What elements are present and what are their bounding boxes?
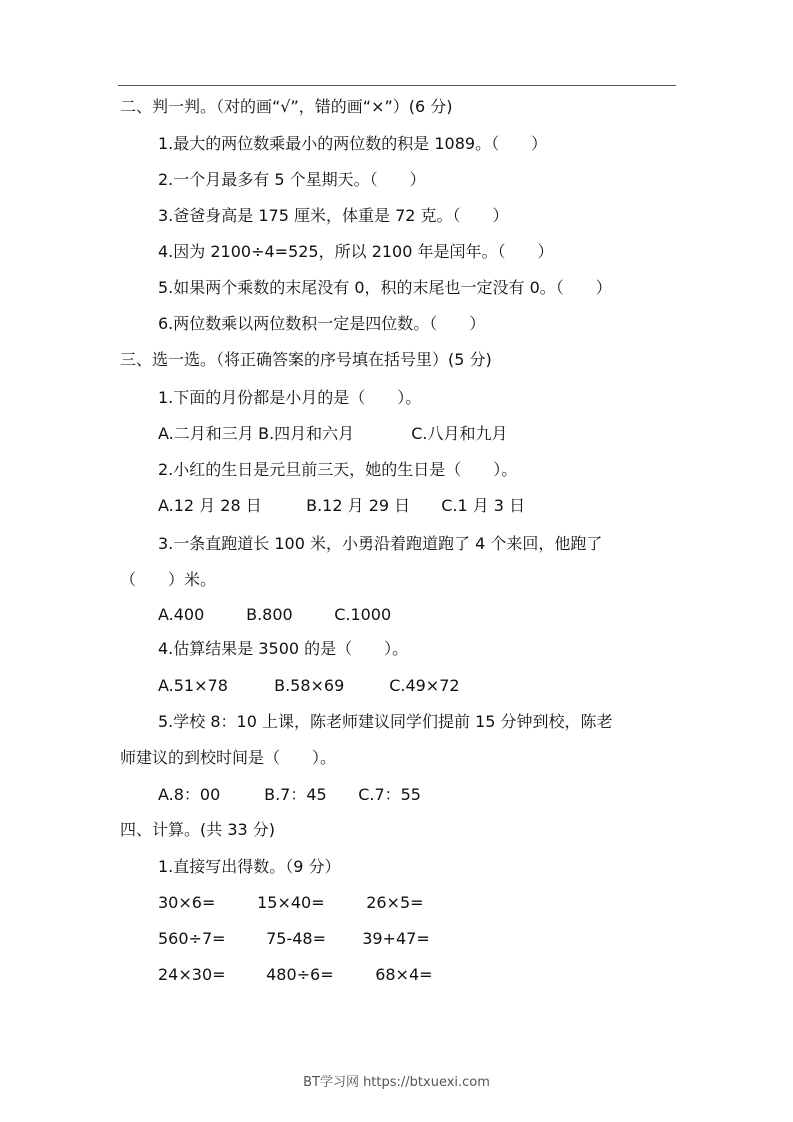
option-a: A.8：00: [158, 785, 259, 805]
section-calc-title: 四、计算。(共 33 分): [120, 820, 275, 840]
section-choose-title: 三、选一选。（将正确答案的序号填在括号里）(5 分): [120, 350, 492, 370]
judge-item-6: 6.两位数乘以两位数积一定是四位数。（ ）: [158, 314, 485, 334]
calc-subtitle: 1.直接写出得数。（9 分）: [158, 857, 341, 877]
choose-q3-options: A.400 B.800 C.1000: [158, 605, 391, 625]
option-b: B.四月和六月: [258, 424, 406, 444]
choose-q2-stem: 2.小红的生日是元旦前三天，她的生日是（ ）。: [158, 460, 517, 480]
calc-cell: 30×6=: [158, 893, 252, 913]
choose-q5-stem-cont: 师建议的到校时间是（ ）。: [120, 748, 336, 768]
calc-cell: 560÷7=: [158, 929, 261, 949]
calc-cell: 26×5=: [366, 893, 423, 913]
option-a: A.51×78: [158, 676, 269, 696]
option-c: C.八月和九月: [411, 424, 507, 444]
calc-row-3: 24×30= 480÷6= 68×4=: [158, 965, 433, 985]
option-c: C.49×72: [389, 676, 459, 696]
judge-item-2: 2.一个月最多有 5 个星期天。（ ）: [158, 170, 426, 190]
option-c: C.1000: [334, 605, 391, 625]
calc-cell: 75-48=: [266, 929, 357, 949]
judge-item-4: 4.因为 2100÷4=525，所以 2100 年是闰年。（ ）: [158, 242, 554, 262]
option-a: A.12 月 28 日: [158, 496, 301, 516]
option-b: B.800: [246, 605, 329, 625]
calc-cell: 480÷6=: [266, 965, 370, 985]
option-b: B.12 月 29 日: [306, 496, 436, 516]
judge-item-3: 3.爸爸身高是 175 厘米，体重是 72 克。（ ）: [158, 206, 509, 226]
calc-cell: 39+47=: [362, 929, 430, 949]
choose-q1-options: A.二月和三月 B.四月和六月 C.八月和九月: [158, 424, 507, 444]
choose-q4-stem: 4.估算结果是 3500 的是（ ）。: [158, 639, 408, 659]
choose-q5-options: A.8：00 B.7：45 C.7：55: [158, 785, 421, 805]
option-c: C.7：55: [358, 785, 421, 805]
judge-item-5: 5.如果两个乘数的末尾没有 0，积的末尾也一定没有 0。（ ）: [158, 278, 612, 298]
choose-q4-options: A.51×78 B.58×69 C.49×72: [158, 676, 460, 696]
section-judge-title: 二、判一判。（对的画“√”，错的画“×”）(6 分): [120, 97, 453, 117]
calc-row-2: 560÷7= 75-48= 39+47=: [158, 929, 430, 949]
judge-item-1: 1.最大的两位数乘最小的两位数的积是 1089。（ ）: [158, 134, 547, 154]
choose-q2-options: A.12 月 28 日 B.12 月 29 日 C.1 月 3 日: [158, 496, 525, 516]
calc-cell: 68×4=: [375, 965, 432, 985]
choose-q3-stem-cont: （ ）米。: [120, 570, 216, 590]
calc-cell: 15×40=: [257, 893, 361, 913]
option-c: C.1 月 3 日: [441, 496, 525, 516]
choose-q3-stem: 3.一条直跑道长 100 米，小勇沿着跑道跑了 4 个来回，他跑了: [158, 534, 602, 554]
calc-cell: 24×30=: [158, 965, 261, 985]
option-a: A.二月和三月: [158, 424, 253, 444]
option-b: B.7：45: [264, 785, 353, 805]
choose-q5-stem: 5.学校 8：10 上课，陈老师建议同学们提前 15 分钟到校，陈老: [158, 712, 613, 732]
calc-row-1: 30×6= 15×40= 26×5=: [158, 893, 424, 913]
header-divider: [118, 85, 676, 86]
footer-watermark: BT学习网 https://btxuexi.com: [0, 1071, 793, 1090]
option-b: B.58×69: [274, 676, 384, 696]
choose-q1-stem: 1.下面的月份都是小月的是（ ）。: [158, 388, 421, 408]
option-a: A.400: [158, 605, 241, 625]
